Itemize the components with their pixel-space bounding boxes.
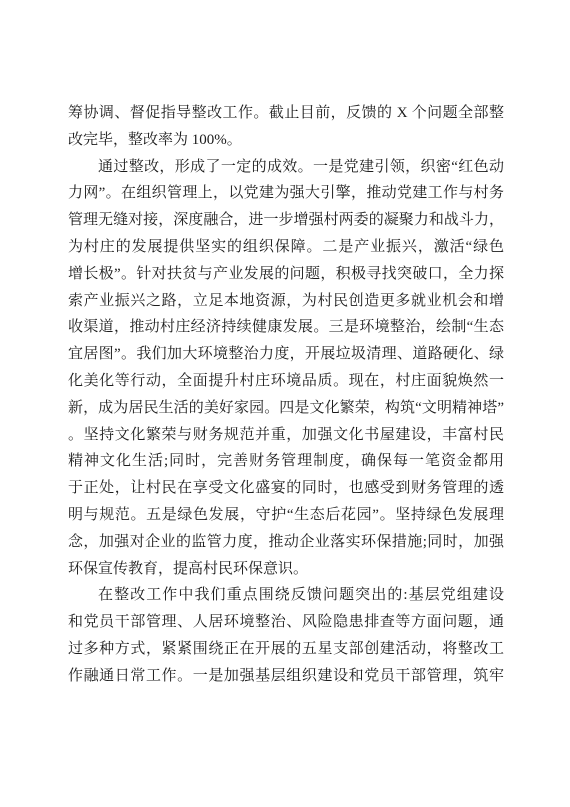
text-line: 过多种方式，紧紧围绕正在开展的五星支部创建活动，将整改工 [68, 636, 504, 663]
text-line: 改完毕，整改率为 100%。 [68, 127, 504, 154]
text-line: 精神文化生活;同时，完善财务管理制度，确保每一笔资金都用 [68, 448, 504, 475]
text-line: 环保宣传教育，提高村民环保意识。 [68, 556, 504, 583]
text-line paragraph-start: 通过整改，形成了一定的成效。一是党建引领，织密“红色动 [68, 154, 504, 181]
text-line: 新，成为居民生活的美好家园。四是文化繁荣，构筑“文明精神塔” [68, 395, 504, 422]
text-line: 化美化等行动，全面提升村庄环境品质。现在，村庄面貌焕然一 [68, 368, 504, 395]
document-body: 筹协调、督促指导整改工作。截止目前，反馈的 X 个问题全部整 改完毕，整改率为 … [68, 100, 504, 690]
text-line paragraph-start: 在整改工作中我们重点围绕反馈问题突出的:基层党组建设 [68, 582, 504, 609]
text-line: 管理无缝对接，深度融合，进一步增强村两委的凝聚力和战斗力， [68, 207, 504, 234]
text-line: 索产业振兴之路，立足本地资源，为村民创造更多就业机会和增 [68, 288, 504, 315]
text-line: 于正处，让村民在享受文化盛宴的同时，也感受到财务管理的透 [68, 475, 504, 502]
text-line: 作融通日常工作。一是加强基层组织建设和党员干部管理，筑牢 [68, 663, 504, 690]
text-line: 念，加强对企业的监管力度，推动企业落实环保措施;同时，加强 [68, 529, 504, 556]
text-line: 为村庄的发展提供坚实的组织保障。二是产业振兴，激活“绿色 [68, 234, 504, 261]
text-line: 收渠道，推动村庄经济持续健康发展。三是环境整治，绘制“生态 [68, 314, 504, 341]
text-line: 和党员干部管理、人居环境整治、风险隐患排查等方面问题，通 [68, 609, 504, 636]
text-line: 增长极”。针对扶贫与产业发展的问题，积极寻找突破口，全力探 [68, 261, 504, 288]
document-page: 筹协调、督促指导整改工作。截止目前，反馈的 X 个问题全部整 改完毕，整改率为 … [0, 0, 570, 807]
text-line: 筹协调、督促指导整改工作。截止目前，反馈的 X 个问题全部整 [68, 100, 504, 127]
text-line: 。坚持文化繁荣与财务规范并重，加强文化书屋建设，丰富村民 [68, 422, 504, 449]
text-line: 明与规范。五是绿色发展，守护“生态后花园”。坚持绿色发展理 [68, 502, 504, 529]
text-line: 宜居图”。我们加大环境整治力度，开展垃圾清理、道路硬化、绿 [68, 341, 504, 368]
text-line: 力网”。在组织管理上，以党建为强大引擎，推动党建工作与村务 [68, 180, 504, 207]
